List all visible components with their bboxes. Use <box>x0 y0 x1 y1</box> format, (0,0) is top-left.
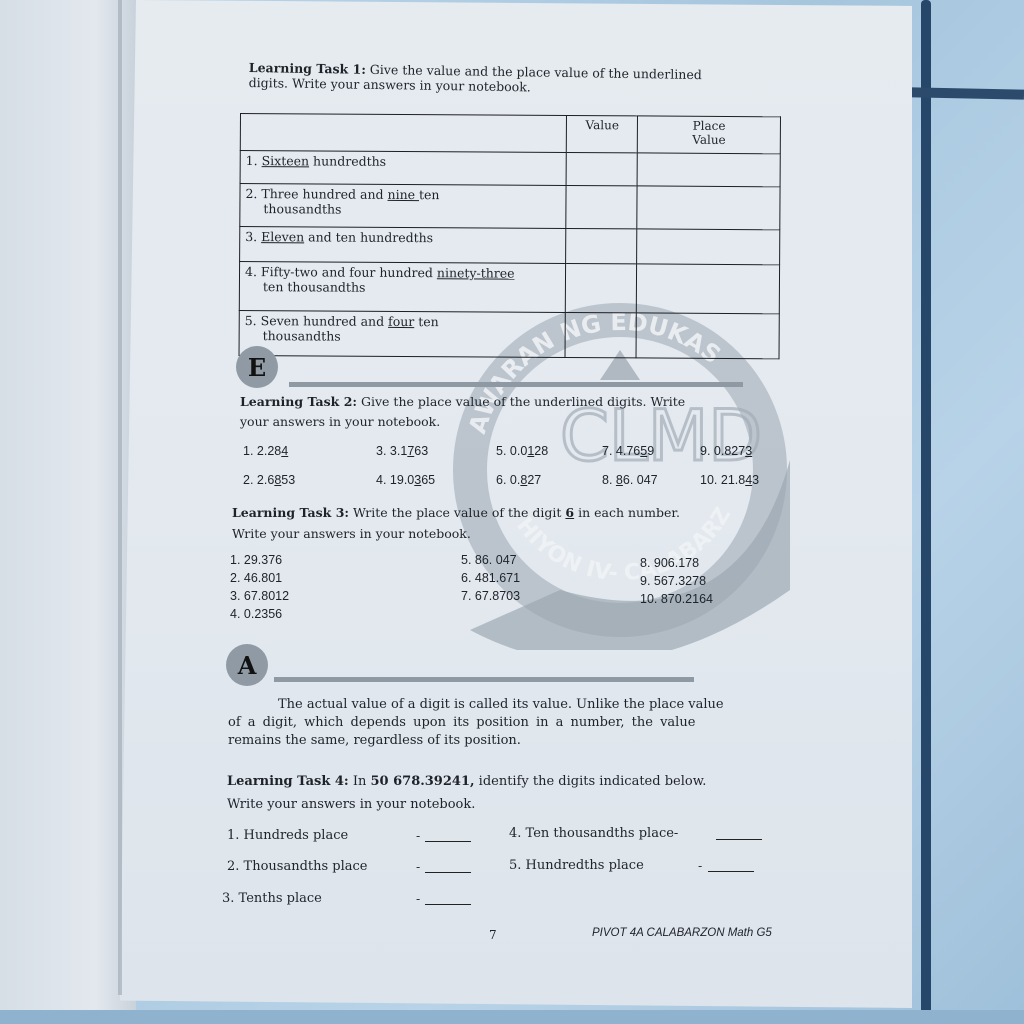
task1-question: 3. Eleven and ten hundredths <box>240 227 567 264</box>
task4-item-label: 5. Hundredths place <box>509 858 644 874</box>
task1-place-value-cell[interactable] <box>637 264 780 314</box>
task2-item: 9. 0.8273 <box>700 443 752 459</box>
task1-row: 4. Fifty-two and four hundred ninety-thr… <box>239 262 779 314</box>
task2-item: 4. 19.0365 <box>376 472 435 488</box>
task4-item-label: 1. Hundreds place <box>227 828 348 844</box>
task2-title: Learning Task 2: <box>240 394 357 409</box>
task4-number: 50 678.39241, <box>370 774 474 789</box>
task2-instruction-line2: your answers in your notebook. <box>240 414 685 430</box>
task2-item: 2. 2.6853 <box>243 472 295 488</box>
paragraph-line3: remains the same, regardless of its posi… <box>228 732 724 750</box>
task4-instruction-post: identify the digits indicated below. <box>475 774 707 789</box>
task1-row: 2. Three hundred and nine ten thousandth… <box>240 184 780 230</box>
task1-place-value-cell[interactable] <box>637 186 780 230</box>
section-e-divider <box>289 382 743 387</box>
task1-place-value-cell[interactable] <box>636 313 779 359</box>
task3-item: 9. 567.3278 <box>640 573 706 589</box>
task2-item: 8. 86. 047 <box>602 472 658 488</box>
task4-answer-blank[interactable] <box>425 831 471 842</box>
paragraph-line1: The actual value of a digit is called it… <box>228 696 724 714</box>
task2-item: 5. 0.0128 <box>496 443 548 459</box>
section-a-paragraph: The actual value of a digit is called it… <box>228 696 724 750</box>
task1-row: 5. Seven hundred and four ten thousandth… <box>239 310 779 358</box>
task2-instructions: Learning Task 2: Give the place value of… <box>240 394 685 430</box>
task1-row: 1. Sixteen hundredths <box>240 151 780 187</box>
task1-table: Value PlaceValue 1. Sixteen hundredths 2… <box>239 113 781 359</box>
task4-item-label: 4. Ten thousandths place- <box>509 826 678 842</box>
task3-title: Learning Task 3: <box>232 505 349 520</box>
task1-row: 3. Eleven and ten hundredths <box>240 227 780 265</box>
task1-value-cell[interactable] <box>566 152 637 185</box>
footer-title: PIVOT 4A CALABARZON Math G5 <box>592 927 772 939</box>
task3-item: 1. 29.376 <box>230 552 282 568</box>
task2-item: 10. 21.843 <box>700 472 759 488</box>
task3-item: 3. 67.8012 <box>230 588 289 604</box>
section-a-divider <box>274 677 694 682</box>
task1-question: 1. Sixteen hundredths <box>240 151 567 186</box>
task4-dash: - <box>416 891 420 907</box>
task1-value-cell[interactable] <box>566 228 637 263</box>
task2-item: 7. 4.7659 <box>602 443 654 459</box>
task4-instruction-line2: Write your answers in your notebook. <box>227 797 706 813</box>
task3-item: 8. 906.178 <box>640 555 699 571</box>
task3-instruction-pre: Write the place value of the digit <box>353 505 565 520</box>
task2-item: 1. 2.284 <box>243 443 288 459</box>
task3-item: 6. 481.671 <box>461 570 520 586</box>
header-place-value: PlaceValue <box>638 116 781 154</box>
task3-item: 7. 67.8703 <box>461 588 520 604</box>
paragraph-line2: of a digit, which depends upon its posit… <box>228 714 724 732</box>
task3-item: 2. 46.801 <box>230 570 282 586</box>
task4-title: Learning Task 4: <box>227 774 349 789</box>
section-e-badge: E <box>236 346 278 388</box>
task4-answer-blank[interactable] <box>716 829 762 840</box>
task4-dash: - <box>416 859 420 875</box>
task4-item-label: 2. Thousandths place <box>227 859 368 875</box>
section-a-badge: A <box>226 644 268 686</box>
task4-instructions: Learning Task 4: In 50 678.39241, identi… <box>227 774 706 813</box>
task2-instruction-line1: Give the place value of the underlined d… <box>361 394 685 409</box>
task1-instructions: Learning Task 1: Give the value and the … <box>249 60 702 98</box>
task1-place-value-cell[interactable] <box>637 229 780 265</box>
task4-answer-blank[interactable] <box>425 894 471 905</box>
task3-item: 5. 86. 047 <box>461 552 517 568</box>
task1-value-cell[interactable] <box>566 185 637 228</box>
task4-dash: - <box>698 858 702 874</box>
task3-instruction-post: in each number. <box>574 505 680 520</box>
header-value: Value <box>567 115 638 152</box>
page-number: 7 <box>489 927 497 943</box>
task1-question: 4. Fifty-two and four hundred ninety-thr… <box>239 262 566 313</box>
task4-dash: - <box>416 828 420 844</box>
task4-instruction-pre: In <box>353 774 371 789</box>
task2-item: 6. 0.827 <box>496 472 541 488</box>
task4-answer-blank[interactable] <box>425 862 471 873</box>
task3-item: 10. 870.2164 <box>640 591 713 607</box>
task1-question: 2. Three hundred and nine ten thousandth… <box>240 184 567 229</box>
header-question <box>240 114 567 153</box>
task3-item: 4. 0.2356 <box>230 606 282 622</box>
task3-digit: 6 <box>565 505 574 520</box>
task3-instruction-line2: Write your answers in your notebook. <box>232 526 680 542</box>
task3-instructions: Learning Task 3: Write the place value o… <box>232 505 680 542</box>
task1-header-row: Value PlaceValue <box>240 114 780 154</box>
task2-item: 3. 3.1763 <box>376 443 428 459</box>
task1-place-value-cell[interactable] <box>637 153 780 187</box>
task1-question: 5. Seven hundred and four ten thousandth… <box>239 310 566 357</box>
task4-answer-blank[interactable] <box>708 861 754 872</box>
task4-item-label: 3. Tenths place <box>222 891 322 907</box>
task1-value-cell[interactable] <box>565 312 636 357</box>
task1-value-cell[interactable] <box>566 263 637 312</box>
